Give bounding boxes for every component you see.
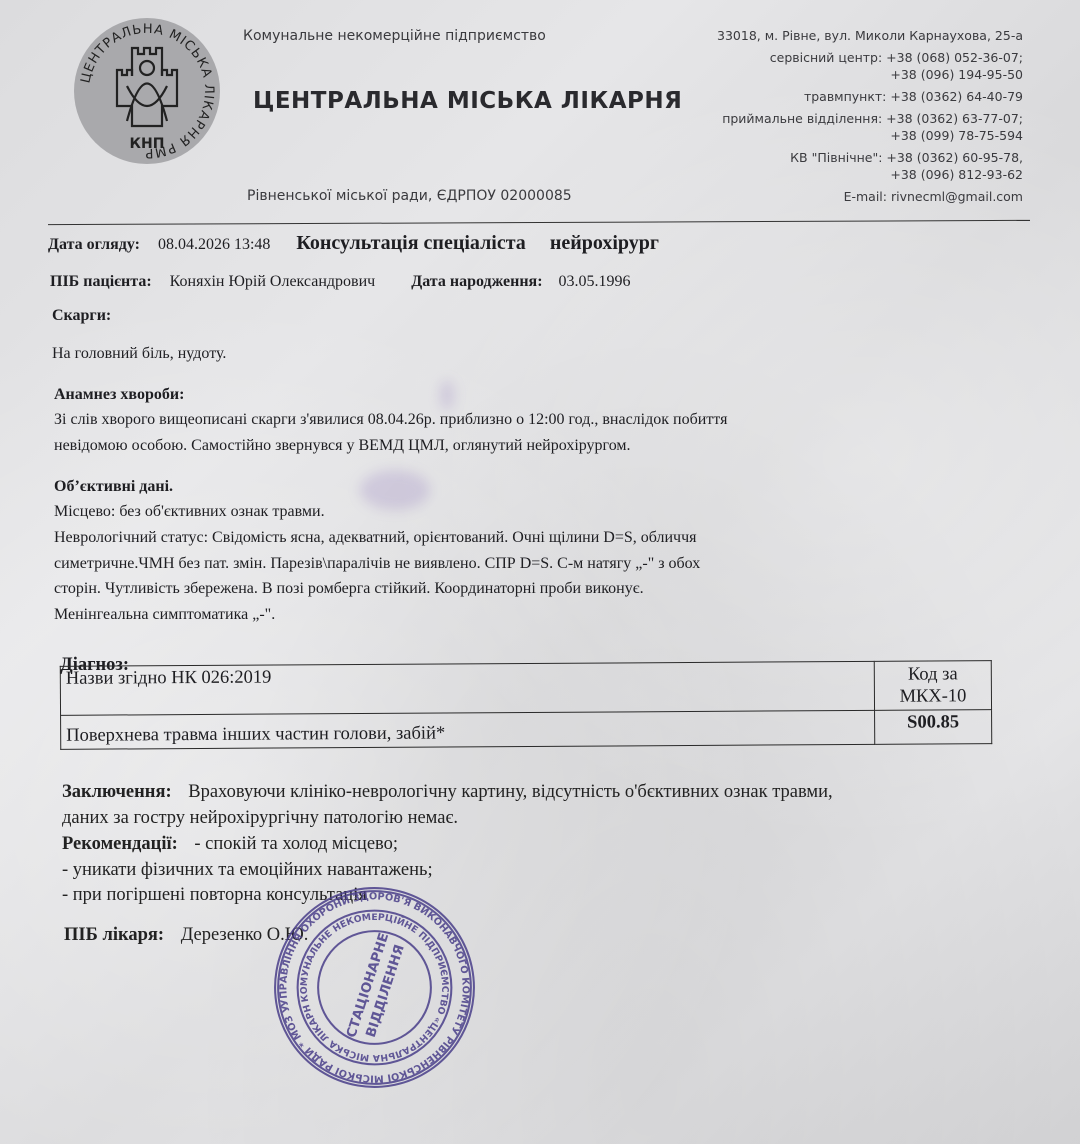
diagnosis-code: S00.85 <box>875 710 992 745</box>
kv-phone-2: +38 (096) 812-93-62 <box>717 166 1023 183</box>
diagnosis-header-row: Назви згідно НК 026:2019 Код за МКХ-10 <box>60 661 991 716</box>
recommendations-label: Рекомендації: <box>62 834 178 854</box>
patient-row: ПІБ пацієнта: Коняхін Юрій Олександрович… <box>50 273 631 291</box>
exam-date-label: Дата огляду: <box>48 236 140 253</box>
exam-row: Дата огляду: 08.04.2026 13:48 Консультац… <box>48 232 659 255</box>
diagnosis-name-header: Назви згідно НК 026:2019 <box>60 661 874 715</box>
admission-phone-2: +38 (099) 78-75-594 <box>717 127 1023 144</box>
service-center-phone-2: +38 (096) 194-95-50 <box>717 66 1023 83</box>
objective-neuro: симетричне.ЧМН без пат. змін. Парезів\па… <box>54 555 700 573</box>
recommendation-item: - спокій та холод місцево; <box>194 834 398 854</box>
patient-name: Коняхін Юрій Олександрович <box>170 273 376 290</box>
objective-neuro: Менінгеальна симптоматика „-". <box>54 606 275 624</box>
dob-value: 03.05.1996 <box>559 273 631 290</box>
objective-neuro: сторін. Чутливість збережена. В позі ром… <box>54 580 644 598</box>
header-divider <box>48 220 1030 225</box>
objective-local: Місцево: без об'єктивних ознак травми. <box>54 503 325 521</box>
anamnesis-line: Зі слів хворого вищеописані скарги з'яви… <box>54 411 727 429</box>
objective-neuro: Неврологічний статус: Свідомість ясна, а… <box>54 529 697 547</box>
trauma-phone: травмпункт: +38 (0362) 64-40-79 <box>717 88 1023 105</box>
anamnesis-label: Анамнез хвороби: <box>54 386 184 403</box>
anamnesis-line: невідомою особою. Самостійно звернувся у… <box>54 437 631 455</box>
svg-text:КНП: КНП <box>130 136 165 152</box>
conclusion-line: Враховуючи клініко-неврологічну картину,… <box>188 782 832 802</box>
specialist: нейрохірург <box>550 232 659 254</box>
org-subtitle: Рівненської міської ради, ЄДРПОУ 0200008… <box>247 188 572 204</box>
dob-label: Дата народження: <box>411 273 542 290</box>
org-name: ЦЕНТРАЛЬНА МІСЬКА ЛІКАРНЯ <box>253 88 682 114</box>
diagnosis-name: Поверхнева травма інших частин голови, з… <box>61 710 875 749</box>
diagnosis-table: Назви згідно НК 026:2019 Код за МКХ-10 П… <box>60 660 992 750</box>
conclusion-label: Заключення: <box>62 782 172 802</box>
address: 33018, м. Рівне, вул. Миколи Карнаухова,… <box>717 27 1023 44</box>
complaints-text: На головний біль, нудоту. <box>52 345 226 363</box>
ink-smudge <box>360 470 430 510</box>
round-seal-stamp-icon: УПРАВЛІННЯ ОХОРОНИ ЗДОРОВ'Я ВИКОНАВЧОГО … <box>253 866 496 1109</box>
recommendation-item: - уникати фізичних та емоційних навантаж… <box>62 860 433 881</box>
table-row: Поверхнева травма інших частин голови, з… <box>61 710 992 750</box>
objective-label: Об’єктивні дані. <box>54 478 173 495</box>
conclusion-line: даних за гостру нейрохірургічну патологі… <box>62 808 458 829</box>
patient-label: ПІБ пацієнта: <box>50 273 152 290</box>
diagnosis-code-header: Код за МКХ-10 <box>874 661 991 711</box>
ink-smudge <box>440 380 454 410</box>
exam-date-value: 08.04.2026 13:48 <box>158 236 270 253</box>
hospital-castle-logo-icon: ЦЕНТРАЛЬНА МІСЬКА ЛІКАРНЯ РМР КНП <box>72 16 222 166</box>
contacts-block: 33018, м. Рівне, вул. Миколи Карнаухова,… <box>717 27 1023 205</box>
service-center-phone: сервісний центр: +38 (068) 052-36-07; <box>717 49 1023 66</box>
email: E-mail: rivnecml@gmail.com <box>717 188 1023 205</box>
complaints-label: Скарги: <box>52 307 111 324</box>
kv-phone: КВ "Північне": +38 (0362) 60-95-78, <box>717 149 1023 166</box>
admission-phone: приймальне відділення: +38 (0362) 63-77-… <box>717 110 1023 127</box>
consult-label: Консультація спеціаліста <box>296 232 525 254</box>
doctor-label: ПІБ лікаря: <box>64 925 164 945</box>
org-type: Комунальне некомерційне підприємство <box>243 28 546 44</box>
